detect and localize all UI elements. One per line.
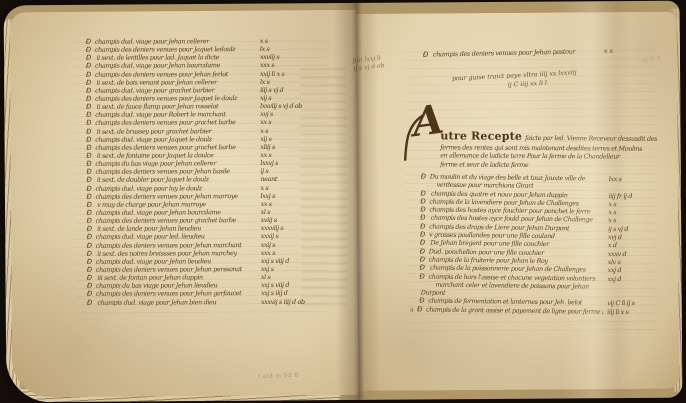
paraph-mark-icon: Ð xyxy=(421,172,430,180)
paraph-mark-icon: Ð xyxy=(87,266,96,274)
entry-amount: xliij s xyxy=(256,143,314,151)
paraph-mark-icon: Ð xyxy=(87,282,96,290)
entry-amount: xxj s iiij d xyxy=(257,289,315,297)
entry-amount: xij s xyxy=(256,94,314,102)
paraph-mark-icon: Ð xyxy=(87,249,96,257)
paraph-mark-icon: Ð xyxy=(87,258,96,266)
paraph-mark-icon: Ð xyxy=(87,298,96,306)
section-block: utre Receptefaicte par led. Vienne Recev… xyxy=(440,124,652,170)
entry-amount: xij s xyxy=(256,134,314,142)
paraph-mark-icon: Ð xyxy=(420,264,429,272)
paraph-mark-icon: Ð xyxy=(86,168,95,176)
paraph-mark-icon: Ð xyxy=(86,54,95,62)
entry-amount: xxviij s xyxy=(256,53,314,61)
ledger-entry: Ðchampis dud. viage pour Jehan bien dieu… xyxy=(87,297,315,306)
left-page-entries: Ðchampis dud. viage pour Jehan cellererx… xyxy=(86,37,315,307)
entry-amount: x s xyxy=(604,216,654,224)
initial-swash-icon xyxy=(398,112,434,161)
entry-amount: xx s xyxy=(256,118,314,126)
paraph-mark-icon: Ð xyxy=(420,197,429,205)
entry-amount: x d xyxy=(604,241,654,249)
entry-amount: ij s xyxy=(256,167,314,175)
entry-amount: iiij li x s xyxy=(603,308,653,316)
paraph-mark-icon: Ð xyxy=(86,111,95,119)
entry-amount: lx s xyxy=(256,45,314,53)
entry-amount: xl s xyxy=(257,208,315,216)
entry-amount: x s xyxy=(256,126,314,134)
paraph-mark-icon: Ð xyxy=(419,297,428,305)
entry-amount: xx s xyxy=(257,200,315,208)
entry-text: champis dud. viage pour Jehan bien dieu xyxy=(96,298,257,307)
entry-amount: xl s xyxy=(257,273,315,281)
paraph-mark-icon: Ð xyxy=(420,222,429,230)
paraph-mark-icon: Ð xyxy=(420,206,429,214)
entry-amount: iiij s vj d xyxy=(256,86,314,94)
paraph-mark-icon: Ð xyxy=(86,46,95,54)
entry-amount: xxxv d xyxy=(604,250,654,258)
entry-amount: xxij li x s xyxy=(256,69,314,77)
paraph-mark-icon: Ð xyxy=(87,274,96,282)
paraph-mark-icon: Ð xyxy=(420,255,429,263)
entry-amount: xlv s xyxy=(604,258,654,266)
entry-amount: lxxviij s vj d ob xyxy=(256,102,314,110)
paraph-mark-icon: Ð xyxy=(86,127,95,135)
paraph-mark-icon: Ð xyxy=(86,103,95,111)
paraph-mark-icon: Ð xyxy=(420,214,429,222)
right-page-entries: ÐDu moulin et du viage des belle et touz… xyxy=(419,172,655,316)
entry-amount: lxxj s xyxy=(257,191,315,199)
paraph-mark-icon: Ð xyxy=(87,225,96,233)
entry-amount: lx s xyxy=(256,77,314,85)
manuscript-photo: Ðchampis dud. viage pour Jehan cellererx… xyxy=(0,0,686,403)
paraph-mark-icon: Ð xyxy=(87,201,96,209)
entry-amount: neant xyxy=(256,175,314,183)
paraph-mark-icon: Ð xyxy=(86,87,95,95)
entry-amount: lxxvj s xyxy=(256,159,314,167)
paraph-mark-icon: Ð xyxy=(420,247,429,255)
entry-amount: x s xyxy=(604,200,654,208)
paraph-mark-icon: Ð xyxy=(86,70,95,78)
section-heading-rest: faicte par led. Vienne Receveur dessusdi… xyxy=(522,134,657,143)
paraph-mark-icon: Ð xyxy=(86,135,95,143)
entry-amount: ij s vj d xyxy=(604,225,654,233)
paraph-mark-icon: Ð xyxy=(86,119,95,127)
entry-amount: xxij s xyxy=(257,240,315,248)
entry-amount: xxxvij s iiij d ob xyxy=(257,297,315,305)
paraph-mark-icon: Ð xyxy=(420,231,429,239)
paraph-mark-icon: Ð xyxy=(86,38,95,46)
paraph-mark-icon: Ð xyxy=(417,305,426,313)
paraph-mark-icon: Ð xyxy=(86,62,95,70)
section-heading-line: utre Receptefaicte par led. Vienne Recev… xyxy=(440,124,652,144)
entry-amount: xviij s xyxy=(257,216,315,224)
paraph-mark-icon: Ð xyxy=(87,209,96,217)
paraph-mark-icon: Ð xyxy=(86,160,95,168)
paraph-mark-icon: Ð xyxy=(423,51,433,59)
paraph-mark-icon: Ð xyxy=(420,189,429,197)
entry-amount: xx s xyxy=(256,151,314,159)
paraph-mark-icon: Ð xyxy=(87,233,96,241)
paraph-mark-icon: Ð xyxy=(420,239,429,247)
paraph-mark-icon: Ð xyxy=(86,78,95,86)
entry-amount: xxxviij s xyxy=(257,224,315,232)
entry-amount: x s xyxy=(604,47,613,55)
paraph-mark-icon: Ð xyxy=(86,184,95,192)
paraph-mark-icon: Ð xyxy=(86,152,95,160)
entry-amount: xxx s xyxy=(257,248,315,256)
entry-amount: xxj s viij d xyxy=(257,257,315,265)
entry-amount: xxj s viij d xyxy=(257,281,315,289)
open-book: Ðchampis dud. viage pour Jehan cellererx… xyxy=(4,1,683,403)
entry-amount: x s xyxy=(256,183,314,191)
paraph-mark-icon: Ð xyxy=(419,272,428,280)
section-heading: utre Recepte xyxy=(440,129,522,143)
paraph-mark-icon: Ð xyxy=(86,95,95,103)
entry-amount: xxxij s xyxy=(257,232,315,240)
paraph-mark-icon: Ð xyxy=(87,192,96,200)
paraph-mark-icon: Ð xyxy=(87,217,96,225)
entry-amount: vij C li ij s xyxy=(603,299,653,307)
paraph-mark-icon: Ð xyxy=(86,144,95,152)
entry-text: champis de la grant assise et payement d… xyxy=(426,305,603,315)
entry-amount: lxx s xyxy=(605,175,655,183)
entry-amount: xxj s xyxy=(257,265,315,273)
entry-amount: iiij fr ij d xyxy=(605,191,655,199)
entry-amount: xxx s xyxy=(256,61,314,69)
entry-amount: xxj d xyxy=(604,266,654,274)
section-body-line: ferme et seur de ladicte ferme xyxy=(440,160,652,170)
entry-amount: xvj s xyxy=(256,110,314,118)
paraph-mark-icon: Ð xyxy=(86,176,95,184)
paraph-mark-icon: Ð xyxy=(87,241,96,249)
entry-amount: x s xyxy=(256,37,314,45)
paraph-mark-icon: Ð xyxy=(87,290,96,298)
entry-amount: xxj d xyxy=(603,274,653,282)
